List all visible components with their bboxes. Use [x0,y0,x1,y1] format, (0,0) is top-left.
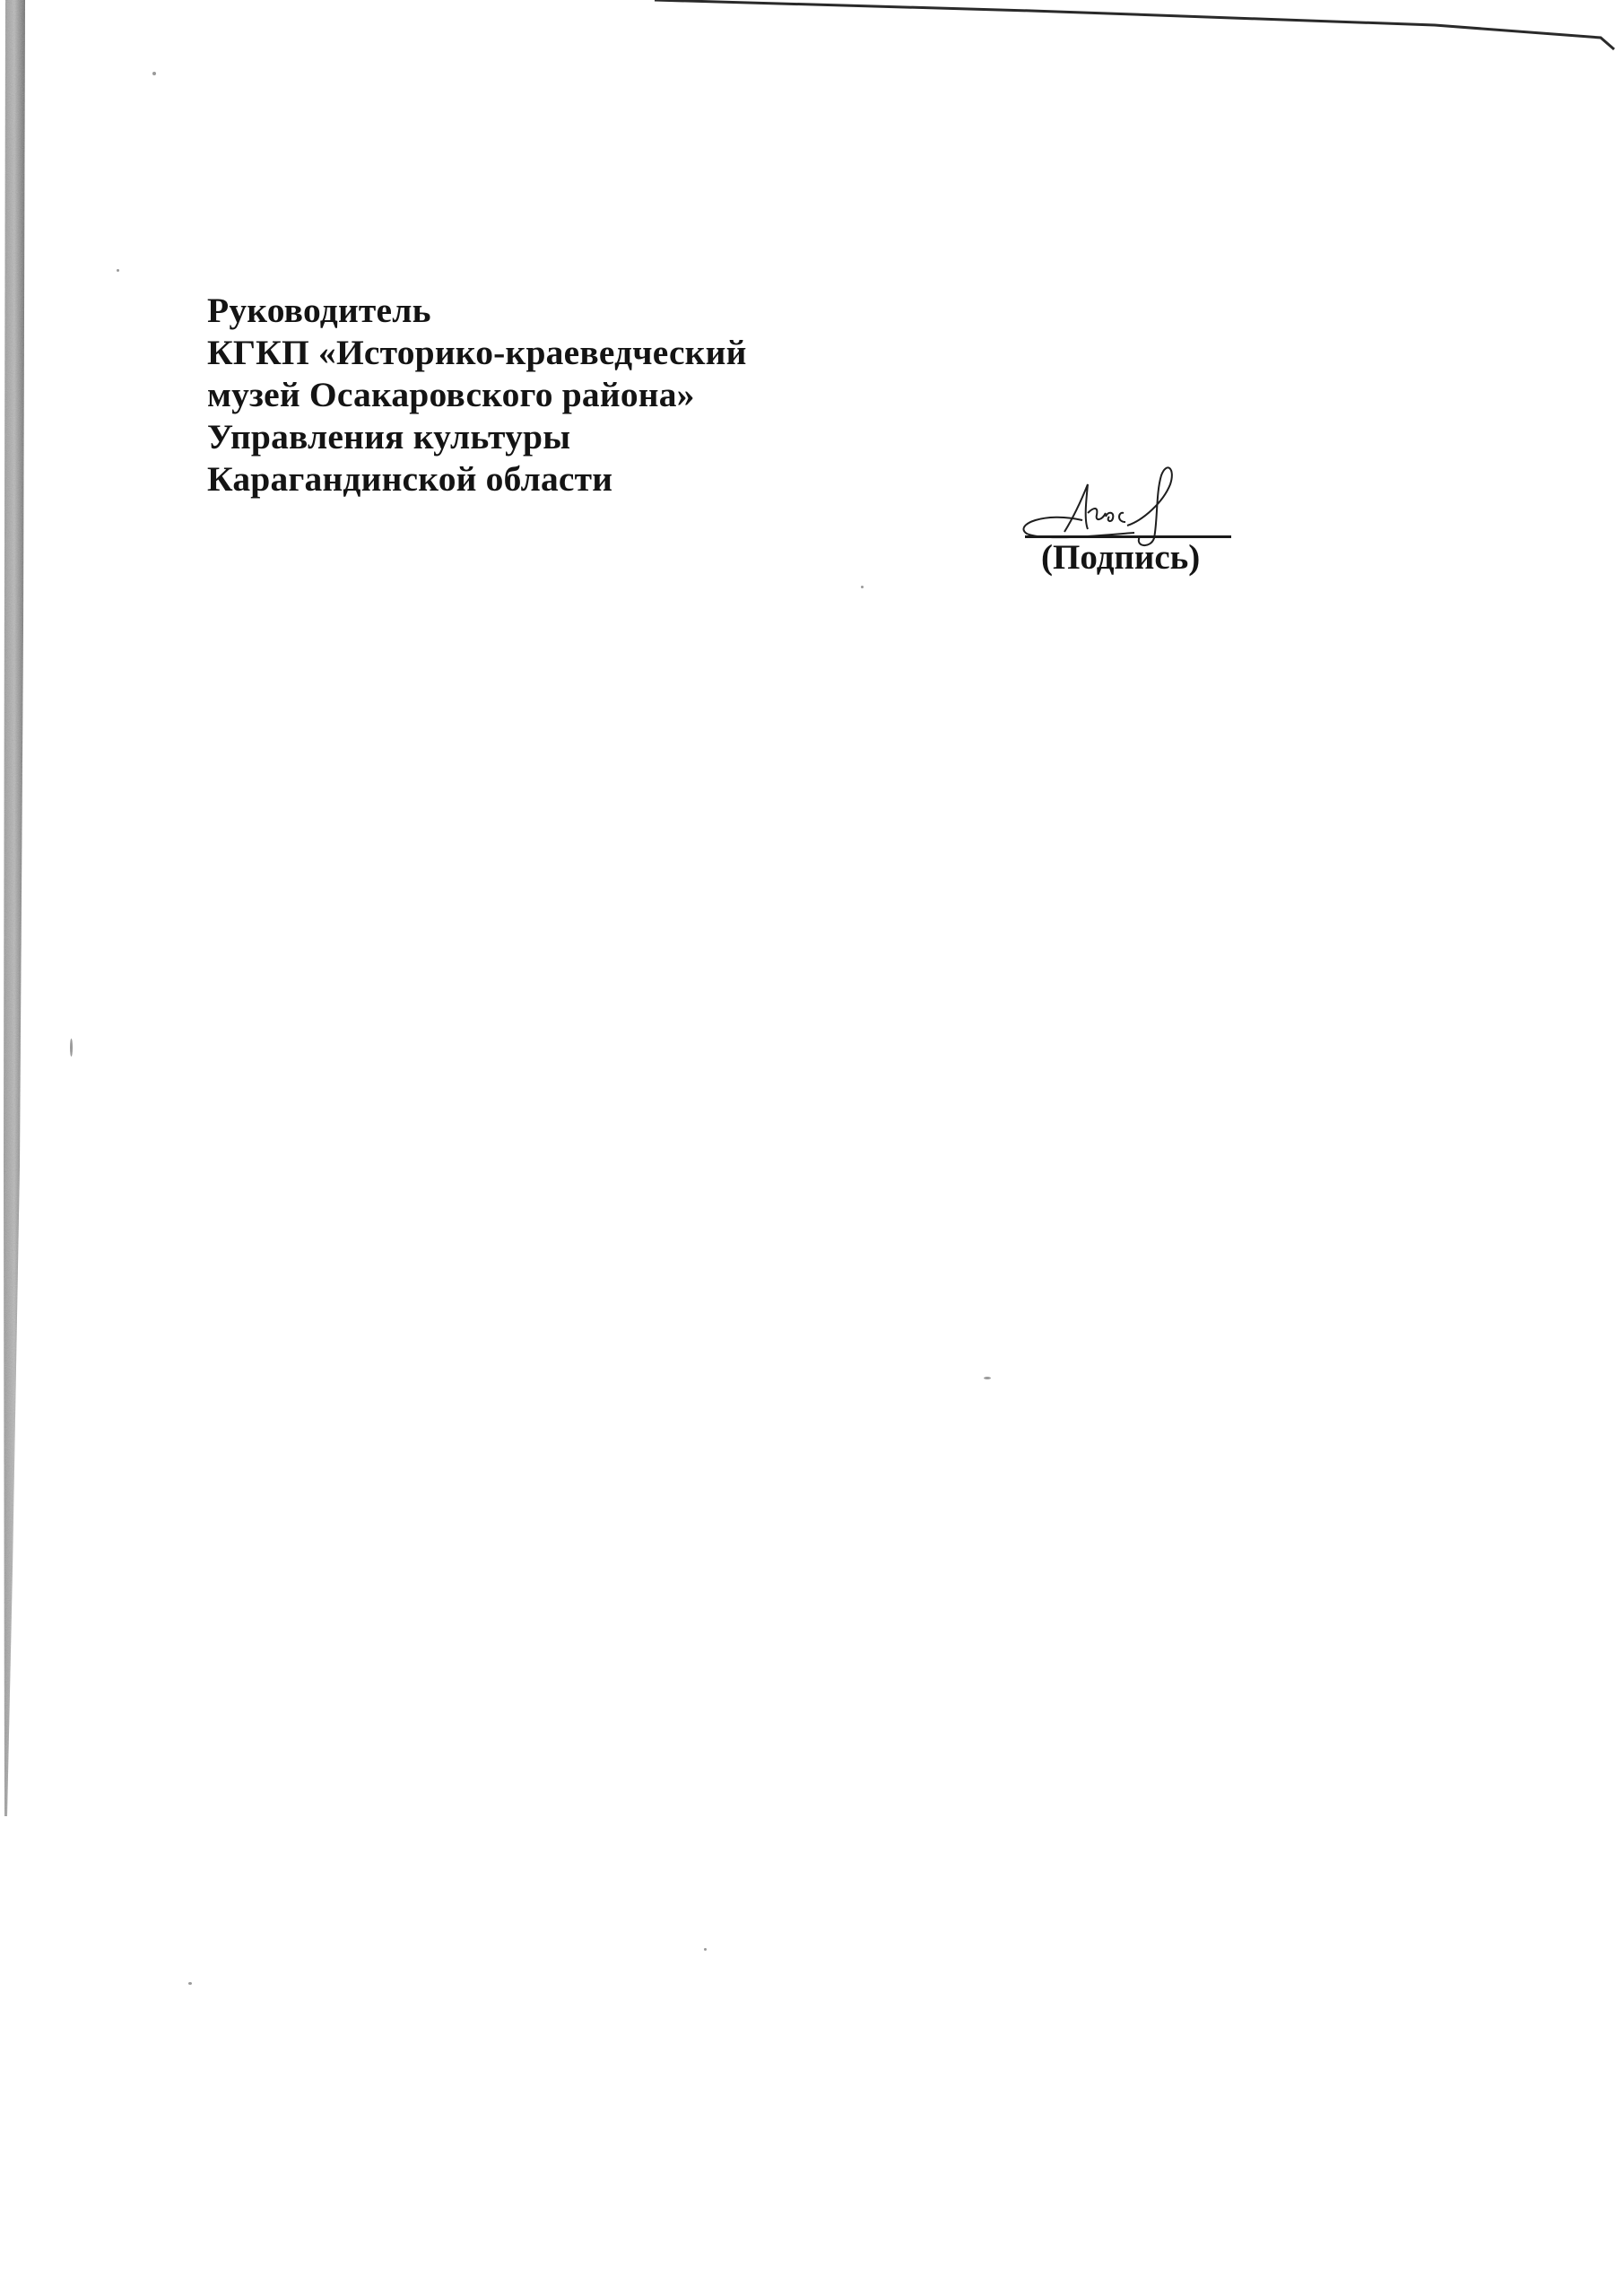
scan-speck [70,1039,73,1057]
signature-area: (Подпись) [1009,448,1242,574]
scanned-page: Руководитель КГКП «Историко-краеведчески… [0,0,1624,2296]
signer-organization-line-1: КГКП «Историко-краеведческий [207,332,747,374]
signer-organization-line-3: Управления культуры [207,416,747,458]
scan-speck [704,1948,707,1951]
scan-shadow-edge [0,0,81,2296]
signature-caption: (Подпись) [1041,538,1200,578]
signer-organization-line-4: Карагандинской области [207,458,747,500]
signer-block: Руководитель КГКП «Историко-краеведчески… [207,290,747,500]
scan-speck [188,1982,192,1985]
scan-speck [152,72,156,75]
scan-speck [117,269,119,272]
scan-speck [984,1377,991,1379]
signer-position: Руководитель [207,290,747,332]
scan-top-border [0,0,1624,54]
signer-organization-line-2: музей Осакаровского района» [207,374,747,416]
scan-speck [861,586,864,588]
